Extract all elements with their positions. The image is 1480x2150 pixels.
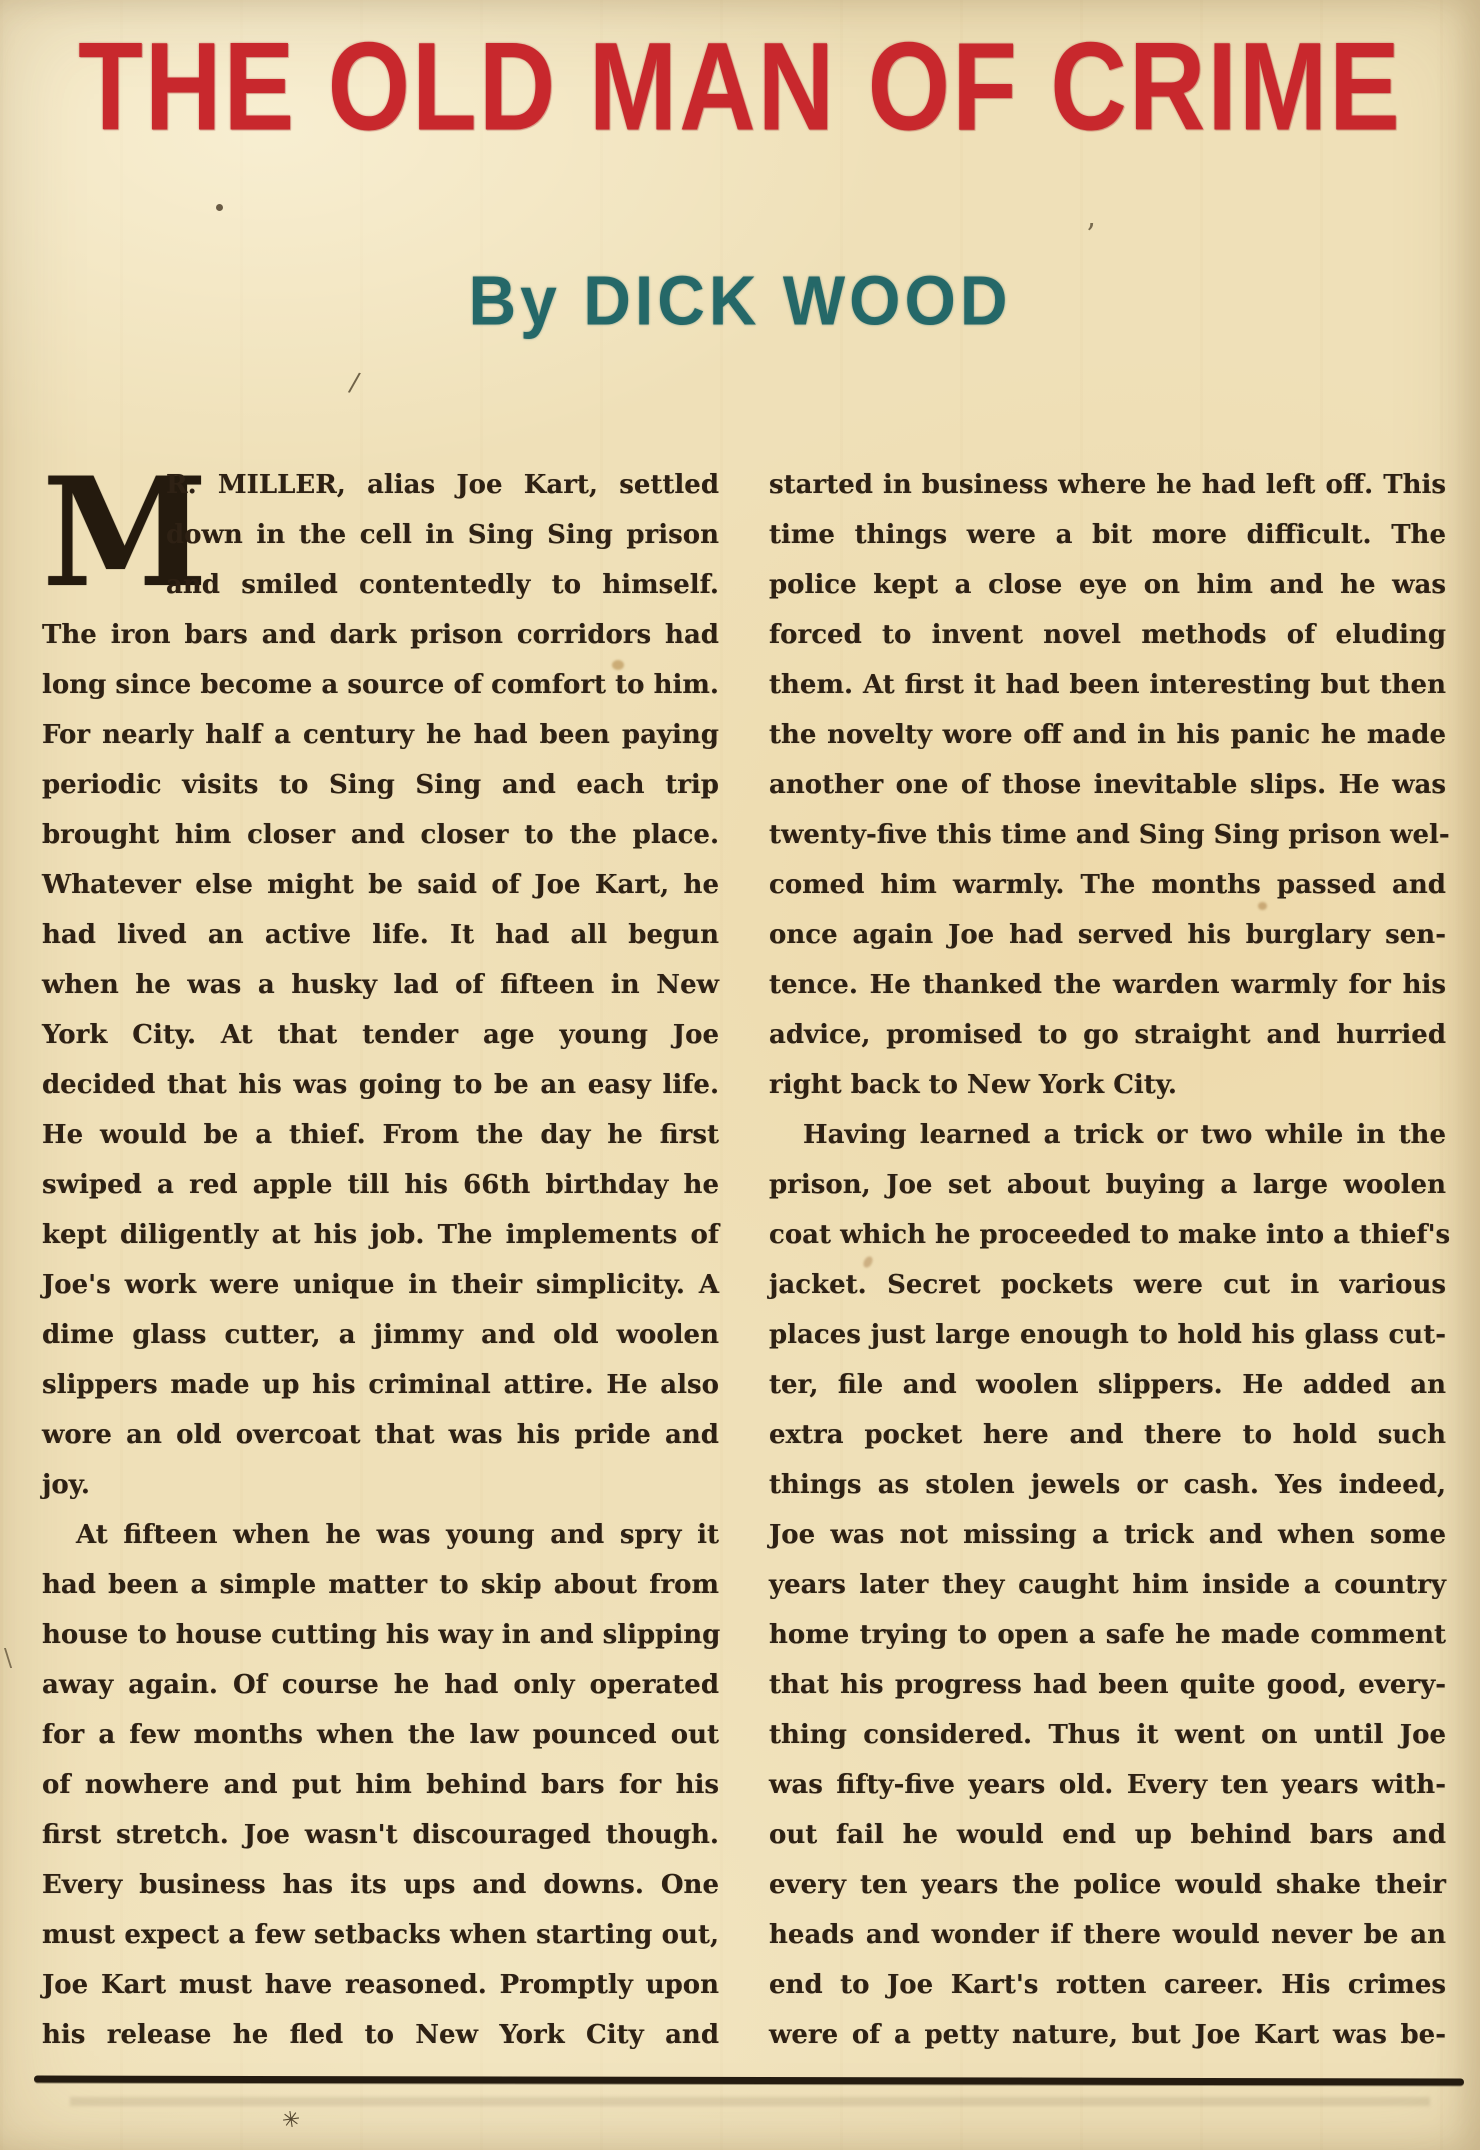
text-line: house to house cutting his way in and sl…: [42, 1610, 719, 1660]
column-left-lines: R. MILLER, alias Joe Kart, settleddown i…: [42, 460, 719, 2060]
paper-stain: [612, 660, 624, 670]
print-smudge: [70, 2097, 1430, 2106]
text-line: years later they caught him inside a cou…: [769, 1560, 1446, 1610]
text-line: twenty-five this time and Sing Sing pris…: [769, 810, 1446, 860]
ink-mark-slash: /: [347, 367, 362, 398]
text-line: coat which he proceeded to make into a t…: [769, 1210, 1446, 1260]
text-line: advice, promised to go straight and hurr…: [769, 1010, 1446, 1060]
bottom-rule: [34, 2076, 1464, 2086]
text-line: tence. He thanked the warden warmly for …: [769, 960, 1446, 1010]
text-line: York City. At that tender age young Joe: [42, 1010, 719, 1060]
article-body: M R. MILLER, alias Joe Kart, settleddown…: [42, 460, 1446, 2060]
text-line: forced to invent novel methods of eludin…: [769, 610, 1446, 660]
page-title: THE OLD MAN OF CRIME: [20, 16, 1460, 159]
text-line: Whatever else might be said of Joe Kart,…: [42, 860, 719, 910]
text-line: for a few months when the law pounced ou…: [42, 1710, 719, 1760]
text-line: when he was a husky lad of fifteen in Ne…: [42, 960, 719, 1010]
text-line: At fifteen when he was young and spry it: [42, 1510, 719, 1560]
text-line: every ten years the police would shake t…: [769, 1860, 1446, 1910]
text-line: Joe's work were unique in their simplici…: [42, 1260, 719, 1310]
magazine-page: THE OLD MAN OF CRIME By DICK WOOD M R. M…: [0, 0, 1480, 2150]
text-line: were of a petty nature, but Joe Kart was…: [769, 2010, 1446, 2060]
text-line: prison, Joe set about buying a large woo…: [769, 1160, 1446, 1210]
text-line: ter, file and woolen slippers. He added …: [769, 1360, 1446, 1410]
text-line: He would be a thief. From the day he fir…: [42, 1110, 719, 1160]
text-line: them. At first it had been interesting b…: [769, 660, 1446, 710]
text-line: comed him warmly. The months passed and: [769, 860, 1446, 910]
text-line: periodic visits to Sing Sing and each tr…: [42, 760, 719, 810]
text-line: was fifty-five years old. Every ten year…: [769, 1760, 1446, 1810]
ink-mark-apostrophe: ’: [1086, 218, 1096, 253]
text-line: away again. Of course he had only operat…: [42, 1660, 719, 1710]
text-line: out fail he would end up behind bars and: [769, 1810, 1446, 1860]
text-line: extra pocket here and there to hold such: [769, 1410, 1446, 1460]
text-line: swiped a red apple till his 66th birthda…: [42, 1160, 719, 1210]
text-line: the novelty wore off and in his panic he…: [769, 710, 1446, 760]
text-line: slippers made up his criminal attire. He…: [42, 1360, 719, 1410]
text-line: started in business where he had left of…: [769, 460, 1446, 510]
text-line: Having learned a trick or two while in t…: [769, 1110, 1446, 1160]
text-line: decided that his was going to be an easy…: [42, 1060, 719, 1110]
ink-mark-asterisk: ✳: [280, 2107, 302, 2134]
paper-stain: [1258, 902, 1267, 910]
text-line: Every business has its ups and downs. On…: [42, 1860, 719, 1910]
text-line: Joe Kart must have reasoned. Promptly up…: [42, 1960, 719, 2010]
text-line: thing considered. Thus it went on until …: [769, 1710, 1446, 1760]
text-line: end to Joe Kart's rotten career. His cri…: [769, 1960, 1446, 2010]
text-line: once again Joe had served his burglary s…: [769, 910, 1446, 960]
text-line: another one of those inevitable slips. H…: [769, 760, 1446, 810]
text-line: For nearly half a century he had been pa…: [42, 710, 719, 760]
text-line: time things were a bit more difficult. T…: [769, 510, 1446, 560]
text-line: of nowhere and put him behind bars for h…: [42, 1760, 719, 1810]
text-line: The iron bars and dark prison corridors …: [42, 610, 719, 660]
text-line: brought him closer and closer to the pla…: [42, 810, 719, 860]
text-line: home trying to open a safe he made comme…: [769, 1610, 1446, 1660]
text-line: jacket. Secret pockets were cut in vario…: [769, 1260, 1446, 1310]
drop-cap: M: [42, 464, 154, 609]
text-line: kept diligently at his job. The implemen…: [42, 1210, 719, 1260]
text-line: police kept a close eye on him and he wa…: [769, 560, 1446, 610]
text-line: wore an old overcoat that was his pride …: [42, 1410, 719, 1460]
text-line: Joe was not missing a trick and when som…: [769, 1510, 1446, 1560]
text-line: right back to New York City.: [769, 1060, 1446, 1110]
text-line: first stretch. Joe wasn't discouraged th…: [42, 1810, 719, 1860]
text-line: dime glass cutter, a jimmy and old woole…: [42, 1310, 719, 1360]
ink-speck: [216, 204, 223, 211]
text-line: joy.: [42, 1460, 719, 1510]
text-line: must expect a few setbacks when starting…: [42, 1910, 719, 1960]
byline: By DICK WOOD: [0, 260, 1480, 341]
text-line: had been a simple matter to skip about f…: [42, 1560, 719, 1610]
text-line: that his progress had been quite good, e…: [769, 1660, 1446, 1710]
text-line: his release he fled to New York City and: [42, 2010, 719, 2060]
column-left: M R. MILLER, alias Joe Kart, settleddown…: [42, 460, 719, 2060]
ink-mark-backslash: \: [4, 1644, 12, 1672]
text-line: had lived an active life. It had all beg…: [42, 910, 719, 960]
text-line: heads and wonder if there would never be…: [769, 1910, 1446, 1960]
text-line: things as stolen jewels or cash. Yes ind…: [769, 1460, 1446, 1510]
text-line: places just large enough to hold his gla…: [769, 1310, 1446, 1360]
